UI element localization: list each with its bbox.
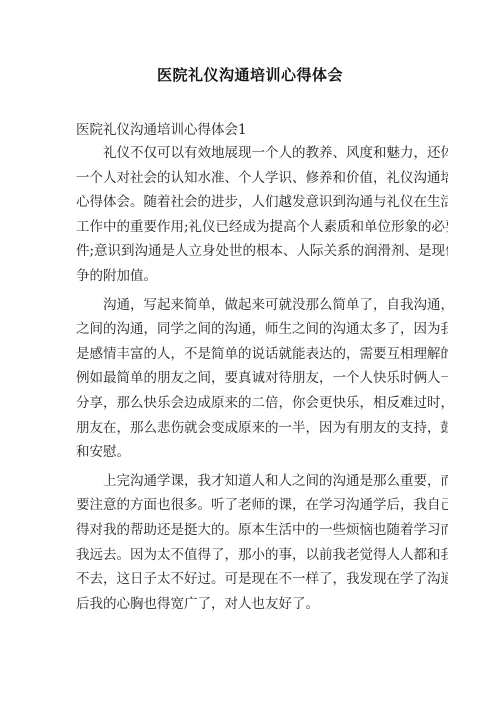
text-line: 例如最简单的朋友之间，要真诚对待朋友，一个人快乐时俩人一起: [76, 366, 448, 391]
document-body: 礼仪不仅可以有效地展现一个人的教养、风度和魅力，还体现出 一个人对社会的认知水准…: [76, 141, 448, 616]
text-line: 沟通，写起来简单，做起来可就没那么简单了，自我沟通，父母: [76, 293, 448, 318]
text-line: 得对我的帮助还是挺大的。原本生活中的一些烦恼也随着学习而离: [76, 518, 448, 543]
paragraph-1: 礼仪不仅可以有效地展现一个人的教养、风度和魅力，还体现出 一个人对社会的认知水准…: [76, 141, 448, 289]
text-line: 不去，这日子太不好过。可是现在不一样了，我发现在学了沟通之: [76, 567, 448, 592]
text-line: 后我的心胸也得宽广了，对人也友好了。: [76, 592, 448, 617]
document-title: 医院礼仪沟通培训心得体会: [0, 64, 500, 85]
text-line: 礼仪不仅可以有效地展现一个人的教养、风度和魅力，还体现出: [76, 141, 448, 166]
section-heading: 医院礼仪沟通培训心得体会1: [76, 118, 247, 138]
text-line: 我远去。因为太不值得了，那小的事，以前我老觉得人人都和我过: [76, 543, 448, 568]
text-line: 上完沟通学课，我才知道人和人之间的沟通是那么重要，而且需: [76, 469, 448, 494]
text-line: 一个人对社会的认知水准、个人学识、修养和价值，礼仪沟通培训: [76, 166, 448, 191]
text-line: 和安慰。: [76, 440, 448, 465]
text-line: 是感情丰富的人，不是简单的说话就能表达的，需要互相理解的。: [76, 342, 448, 367]
text-line: 分享，那么快乐会边成原来的二倍，你会更快乐，相反难过时，有: [76, 391, 448, 416]
text-line: 朋友在，那么悲伤就会变成原来的一半，因为有朋友的支持，鼓励: [76, 416, 448, 441]
document-page: 医院礼仪沟通培训心得体会 医院礼仪沟通培训心得体会1 礼仪不仅可以有效地展现一个…: [0, 0, 500, 707]
text-line: 争的附加值。: [76, 264, 448, 289]
text-line: 工作中的重要作用;礼仪已经成为提高个人素质和单位形象的必要条: [76, 215, 448, 240]
paragraph-2: 沟通，写起来简单，做起来可就没那么简单了，自我沟通，父母 之间的沟通，同学之间的…: [76, 293, 448, 465]
text-line: 心得体会。随着社会的进步，人们越发意识到沟通与礼仪在生活、: [76, 190, 448, 215]
text-line: 件;意识到沟通是人立身处世的根本、人际关系的润滑剂、是现代竞: [76, 239, 448, 264]
paragraph-3: 上完沟通学课，我才知道人和人之间的沟通是那么重要，而且需 要注意的方面也很多。听…: [76, 469, 448, 617]
text-line: 要注意的方面也很多。听了老师的课，在学习沟通学后，我自己觉: [76, 493, 448, 518]
text-line: 之间的沟通，同学之间的沟通，师生之间的沟通太多了，因为我们: [76, 317, 448, 342]
